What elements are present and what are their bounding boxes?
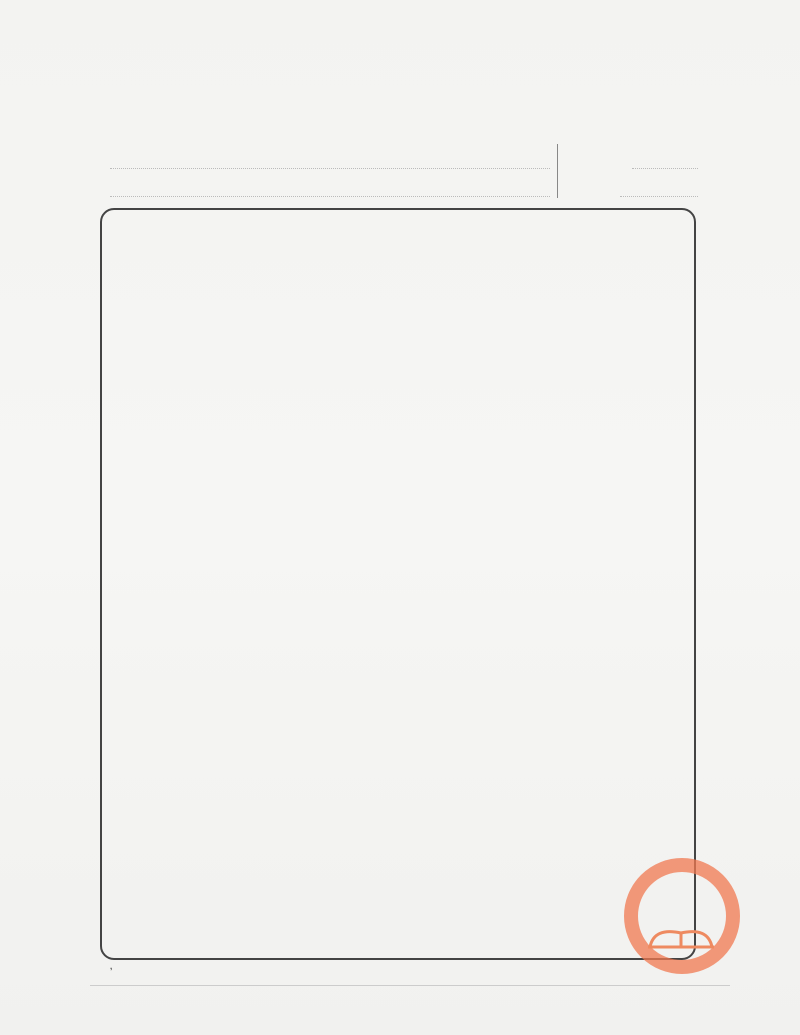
open-book-icon [648, 925, 714, 949]
printer-model-line: , [110, 962, 113, 971]
page-bottom-rule [90, 985, 730, 986]
ledger-frame [100, 208, 696, 960]
archive-stamp-ring [624, 858, 740, 974]
ledger-page: , [0, 0, 800, 1035]
